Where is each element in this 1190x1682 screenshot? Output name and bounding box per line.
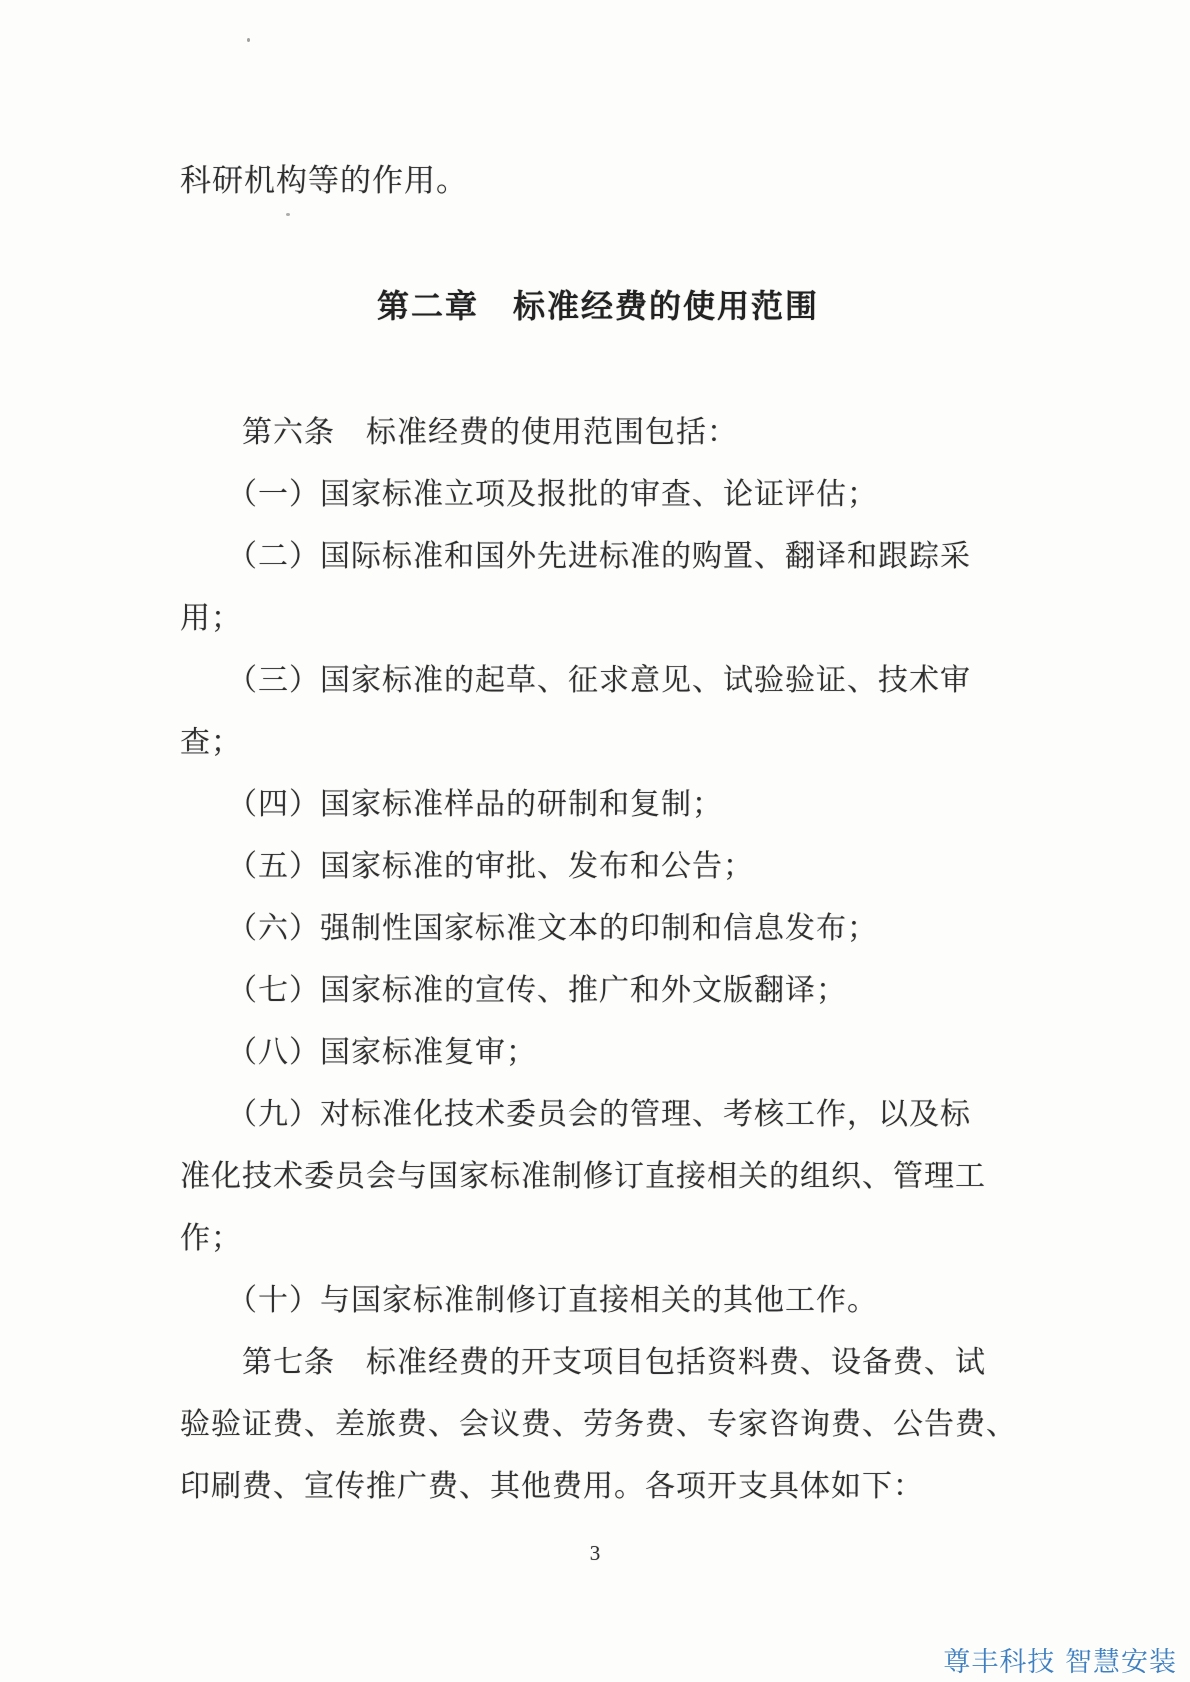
page-number: 3 [0,1541,1190,1566]
body-line: （三）国家标准的起草、征求意见、试验验证、技术审 [180,650,1016,712]
body-line: （五）国家标准的审批、发布和公告； [180,836,1016,898]
body-line: （八）国家标准复审； [180,1022,1016,1084]
body-line: 第六条 标准经费的使用范围包括： [180,402,1016,464]
scan-speck [286,213,290,216]
scanned-document-page: 科研机构等的作用。 第二章 标准经费的使用范围 第六条 标准经费的使用范围包括：… [0,0,1190,1682]
body-line: （十）与国家标准制修订直接相关的其他工作。 [180,1270,1016,1332]
body-line: （九）对标准化技术委员会的管理、考核工作，以及标 [180,1084,1016,1146]
body-line: 用； [180,588,1016,650]
body-line: （四）国家标准样品的研制和复制； [180,774,1016,836]
body-line: 作； [180,1208,1016,1270]
body-line: 第七条 标准经费的开支项目包括资料费、设备费、试 [180,1332,1016,1394]
watermark-text: 尊丰科技 智慧安装 [943,1640,1177,1679]
document-body: 第六条 标准经费的使用范围包括： （一）国家标准立项及报批的审查、论证评估； （… [180,402,1016,1518]
body-line: （二）国际标准和国外先进标准的购置、翻译和跟踪采 [180,526,1016,588]
body-line: （七）国家标准的宣传、推广和外文版翻译； [180,960,1016,1022]
body-line: 准化技术委员会与国家标准制修订直接相关的组织、管理工 [180,1146,1016,1208]
chapter-heading: 第二章 标准经费的使用范围 [180,275,1016,337]
body-line: （一）国家标准立项及报批的审查、论证评估； [180,464,1016,526]
body-line: （六）强制性国家标准文本的印制和信息发布； [180,898,1016,960]
paragraph-continuation-line: 科研机构等的作用。 [180,150,468,212]
body-line: 查； [180,712,1016,774]
body-line: 验验证费、差旅费、会议费、劳务费、专家咨询费、公告费、 [180,1394,1016,1456]
body-line: 印刷费、宣传推广费、其他费用。各项开支具体如下： [180,1456,1016,1518]
scan-speck [247,38,250,42]
